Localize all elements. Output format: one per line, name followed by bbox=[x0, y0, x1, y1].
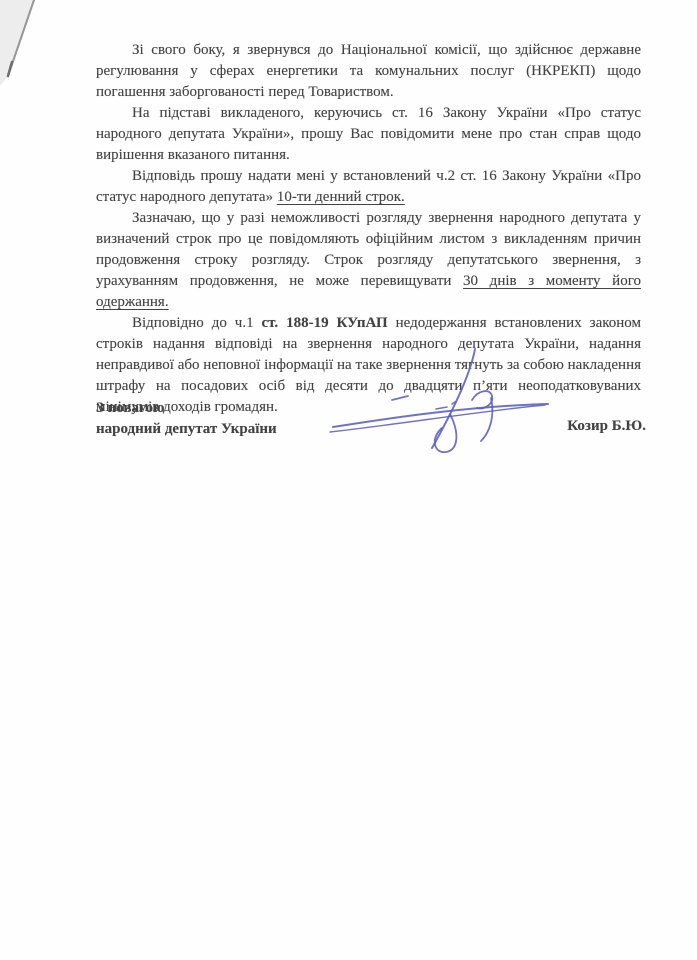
closing-title: народний депутат України bbox=[96, 419, 277, 440]
signer-name: Козир Б.Ю. bbox=[567, 416, 646, 437]
text-run: Зі свого боку, я звернувся до Національн… bbox=[96, 42, 641, 100]
closing-salutation: З повагою bbox=[96, 398, 277, 419]
scanned-letter-page: Зі свого боку, я звернувся до Національн… bbox=[0, 0, 697, 960]
text-run: На підставі викладеного, керуючись ст. 1… bbox=[96, 105, 641, 163]
paragraph: Відповідь прошу надати мені у встановлен… bbox=[96, 166, 641, 208]
page-corner-fold-artifact bbox=[0, 0, 60, 95]
text-run: Відповідно до ч.1 bbox=[132, 315, 262, 331]
bold-text-run: ст. 188-19 КУпАП bbox=[262, 315, 388, 331]
paragraph: Зазначаю, що у разі неможливості розгляд… bbox=[96, 208, 641, 313]
underlined-text-run: 10-ти денний строк. bbox=[277, 189, 405, 205]
paragraph: На підставі викладеного, керуючись ст. 1… bbox=[96, 103, 641, 166]
handwritten-signature bbox=[320, 344, 555, 464]
closing-left: З повагою народний депутат України bbox=[96, 398, 277, 440]
paragraph: Зі свого боку, я звернувся до Національн… bbox=[96, 40, 641, 103]
